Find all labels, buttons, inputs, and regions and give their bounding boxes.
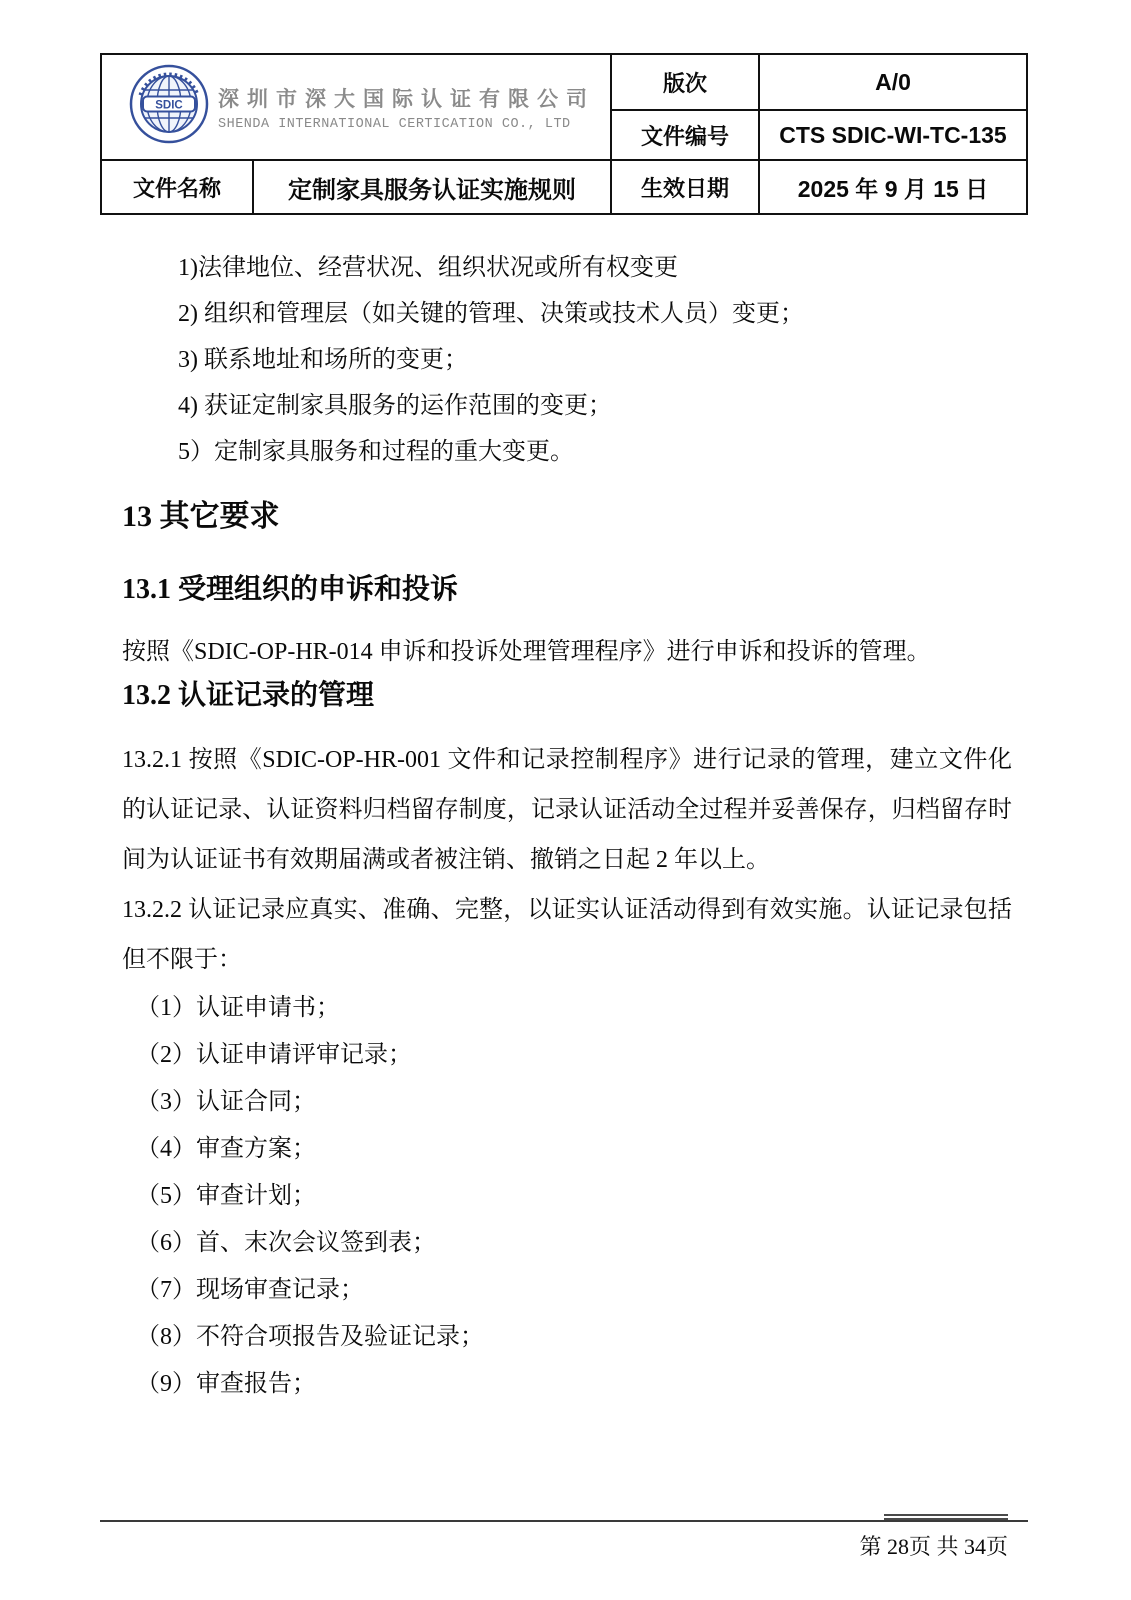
document-body: 1)法律地位、经营状况、组织状况或所有权变更 2) 组织和管理层（如关键的管理、… bbox=[122, 245, 1012, 1408]
footer-divider-line bbox=[100, 1520, 1028, 1522]
footer-double-line bbox=[884, 1514, 1008, 1520]
record-list-item-3: （3）认证合同； bbox=[122, 1079, 1012, 1126]
record-list-item-9: （9）审查报告； bbox=[122, 1361, 1012, 1408]
company-logo-icon: SDIC bbox=[128, 63, 210, 151]
record-list-item-7: （7）现场审查记录； bbox=[122, 1267, 1012, 1314]
paragraph-13-2-1: 13.2.1 按照《SDIC-OP-HR-001 文件和记录控制程序》进行记录的… bbox=[122, 735, 1012, 885]
record-list-item-2: （2）认证申请评审记录； bbox=[122, 1032, 1012, 1079]
company-header-cell: SDIC 深圳市深大国际认证有限公司 SHENDA INTERNATIONAL … bbox=[102, 55, 612, 161]
change-list-item-2: 2) 组织和管理层（如关键的管理、决策或技术人员）变更； bbox=[122, 291, 1012, 337]
doc-name-label: 文件名称 bbox=[102, 161, 254, 213]
version-label: 版次 bbox=[612, 55, 760, 111]
document-page: SDIC 深圳市深大国际认证有限公司 SHENDA INTERNATIONAL … bbox=[0, 0, 1131, 1600]
change-list-item-4: 4) 获证定制家具服务的运作范围的变更； bbox=[122, 383, 1012, 429]
version-value: A/0 bbox=[760, 55, 1026, 111]
effective-date-label: 生效日期 bbox=[612, 161, 760, 213]
company-name-en: SHENDA INTERNATIONAL CERTICATION CO., LT… bbox=[218, 117, 595, 132]
doc-number-label: 文件编号 bbox=[612, 111, 760, 161]
section-heading-13-2: 13.2 认证记录的管理 bbox=[122, 677, 1012, 715]
effective-date-value: 2025 年 9 月 15 日 bbox=[760, 161, 1026, 213]
doc-number-value: CTS SDIC-WI-TC-135 bbox=[760, 111, 1026, 161]
paragraph-13-2-2: 13.2.2 认证记录应真实、准确、完整，以证实认证活动得到有效实施。认证记录包… bbox=[122, 885, 1012, 985]
change-list-item-5: 5）定制家具服务和过程的重大变更。 bbox=[122, 429, 1012, 475]
header-table: SDIC 深圳市深大国际认证有限公司 SHENDA INTERNATIONAL … bbox=[100, 53, 1028, 215]
company-name-cn: 深圳市深大国际认证有限公司 bbox=[218, 83, 595, 113]
record-list-item-6: （6）首、末次会议签到表； bbox=[122, 1220, 1012, 1267]
paragraph-13-1: 按照《SDIC-OP-HR-014 申诉和投诉处理管理程序》进行申诉和投诉的管理… bbox=[122, 627, 1012, 677]
section-heading-13: 13 其它要求 bbox=[122, 497, 1012, 537]
company-names: 深圳市深大国际认证有限公司 SHENDA INTERNATIONAL CERTI… bbox=[218, 83, 595, 132]
change-list-item-3: 3) 联系地址和场所的变更； bbox=[122, 337, 1012, 383]
page-number: 第 28页 共 34页 bbox=[858, 1530, 1008, 1561]
section-heading-13-1: 13.1 受理组织的申诉和投诉 bbox=[122, 571, 1012, 609]
record-list-item-4: （4）审查方案； bbox=[122, 1126, 1012, 1173]
record-list-item-5: （5）审查计划； bbox=[122, 1173, 1012, 1220]
record-list-item-8: （8）不符合项报告及验证记录； bbox=[122, 1314, 1012, 1361]
change-list-item-1: 1)法律地位、经营状况、组织状况或所有权变更 bbox=[122, 245, 1012, 291]
doc-name-value: 定制家具服务认证实施规则 bbox=[254, 161, 612, 213]
record-list-item-1: （1）认证申请书； bbox=[122, 985, 1012, 1032]
logo-banner-text: SDIC bbox=[155, 100, 182, 112]
